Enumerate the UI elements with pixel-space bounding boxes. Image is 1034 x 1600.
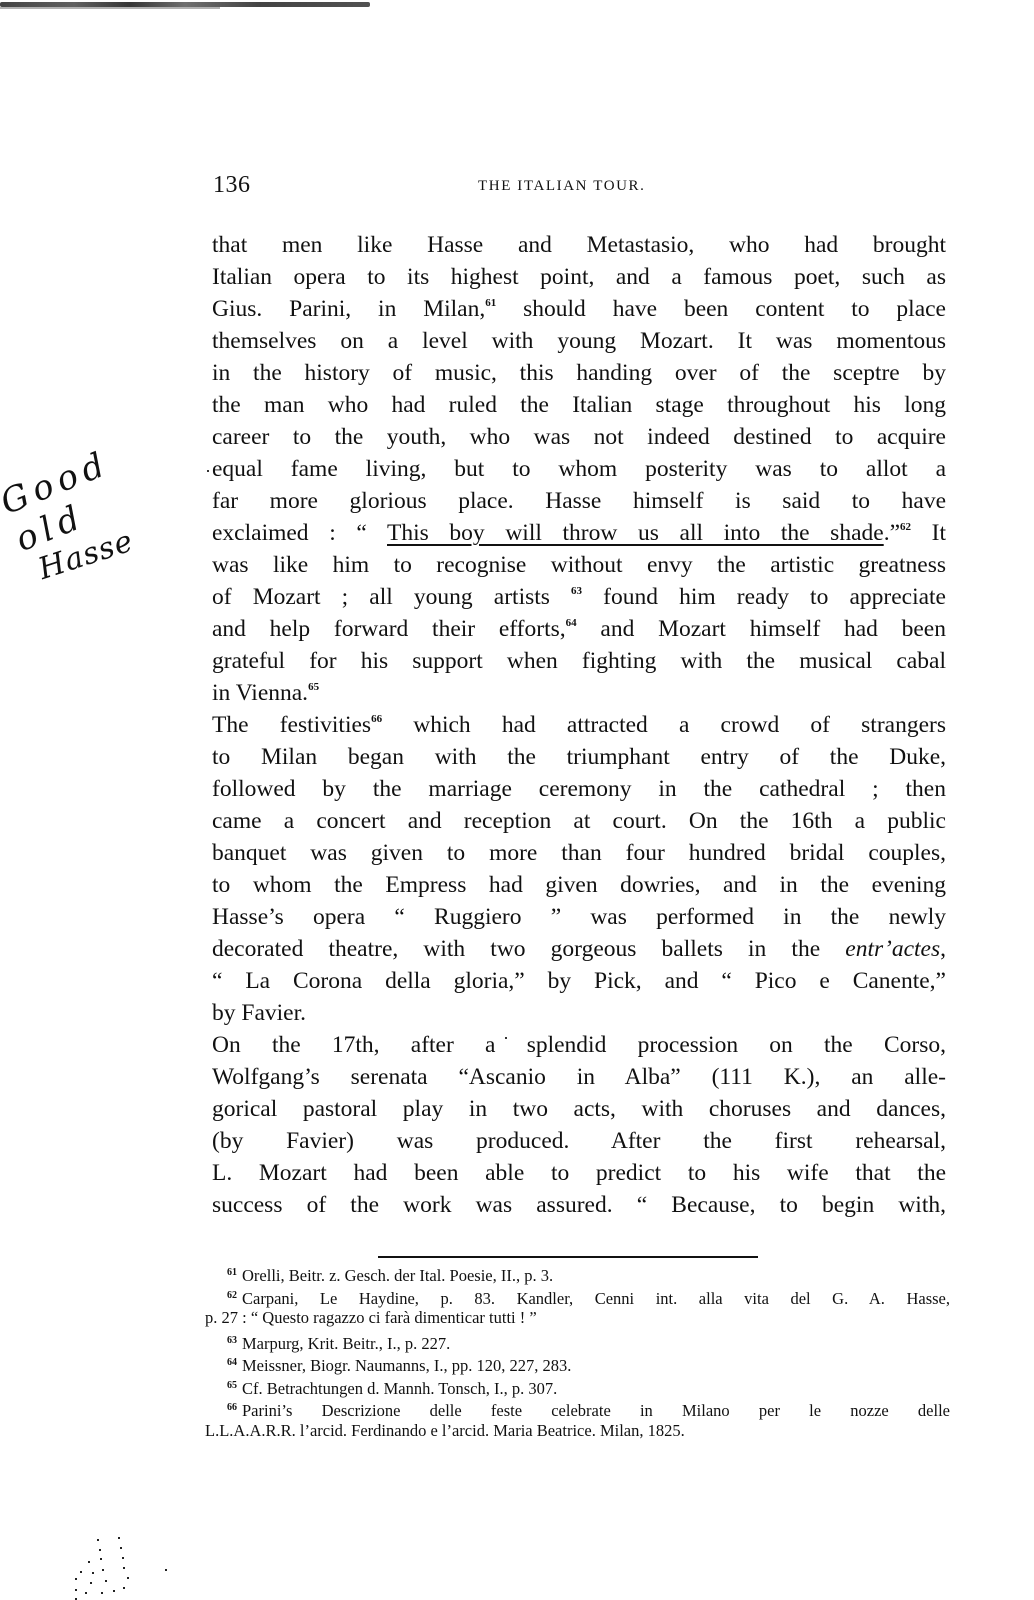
text-line: On the 17th, after a splendid procession… (212, 1029, 946, 1061)
running-head-title: THE ITALIAN TOUR. (478, 178, 646, 195)
text-line: far more glorious place. Hasse himself i… (212, 485, 946, 517)
footnote-number: 62 (227, 1290, 237, 1301)
handwritten-marginalia: Good old Hasse (15, 470, 195, 620)
footnote-ref-66[interactable]: 66 (371, 713, 382, 725)
footnote-separator-rule (378, 1256, 758, 1258)
footnote-ref-63[interactable]: 63 (571, 585, 582, 597)
text-line: followed by the marriage ceremony in the… (212, 773, 946, 805)
footnote-66: 66Parini’s Descrizione delle feste celeb… (205, 1397, 950, 1420)
text-line: The festivities66 which had attracted a … (212, 709, 946, 741)
text-line: success of the work was assured. “ Becau… (212, 1189, 946, 1221)
text-line: banquet was given to more than four hund… (212, 837, 946, 869)
text-line: the man who had ruled the Italian stage … (212, 389, 946, 421)
footnote-62: 62Carpani, Le Haydine, p. 83. Kandler, C… (205, 1285, 950, 1308)
footnote-number: 61 (227, 1267, 237, 1278)
text-line: exclaimed : “ This boy will throw us all… (212, 517, 946, 549)
text-line: decorated theatre, with two gorgeous bal… (212, 933, 946, 965)
footnote-number: 66 (227, 1402, 237, 1413)
text-line: Italian opera to its highest point, and … (212, 261, 946, 293)
footnote-61: 61Orelli, Beitr. z. Gesch. der Ital. Poe… (205, 1262, 950, 1285)
text-line: to whom the Empress had given dowries, a… (212, 869, 946, 901)
text-line: L. Mozart had been able to predict to hi… (212, 1157, 946, 1189)
footnote-number: 64 (227, 1357, 237, 1368)
text-line: was like him to recognise without envy t… (212, 549, 946, 581)
text-line: came a concert and reception at court. O… (212, 805, 946, 837)
footnote-ref-62[interactable]: 62 (900, 521, 911, 533)
footnote-ref-64[interactable]: 64 (566, 617, 577, 629)
underlined-quote: This boy will throw us all into the shad… (387, 520, 884, 546)
scan-speckles (75, 1535, 175, 1600)
scan-edge-artifact-shadow (0, 7, 220, 9)
running-head: 136 THE ITALIAN TOUR. (213, 172, 953, 202)
italic-term: entr’actes (845, 936, 940, 962)
text-line: career to the youth, who was not indeed … (212, 421, 946, 453)
footnote-66-continued: L.L.A.A.R.R. l’arcid. Ferdinando e l’arc… (205, 1420, 950, 1443)
body-text: that men like Hasse and Metastasio, who … (212, 229, 946, 1221)
stray-mark (207, 470, 209, 472)
text-line: gorical pastoral play in two acts, with … (212, 1093, 946, 1125)
text-line: and help forward their efforts,64 and Mo… (212, 613, 946, 645)
text-line: in the history of music, this handing ov… (212, 357, 946, 389)
text-line: Wolfgang’s serenata “Ascanio in Alba” (1… (212, 1061, 946, 1093)
footnote-63: 63Marpurg, Krit. Beitr., I., p. 227. (205, 1330, 950, 1353)
footnotes: 61Orelli, Beitr. z. Gesch. der Ital. Poe… (205, 1262, 950, 1442)
text-line: equal fame living, but to whom posterity… (212, 453, 946, 485)
text-line: of Mozart ; all young artists 63 found h… (212, 581, 946, 613)
text-line: that men like Hasse and Metastasio, who … (212, 229, 946, 261)
footnote-number: 65 (227, 1380, 237, 1391)
text-line: “ La Corona della gloria,” by Pick, and … (212, 965, 946, 997)
text-line: to Milan began with the triumphant entry… (212, 741, 946, 773)
text-line: grateful for his support when fighting w… (212, 645, 946, 677)
text-line: by Favier. (212, 997, 946, 1029)
text-line: themselves on a level with young Mozart.… (212, 325, 946, 357)
text-line: in Vienna.65 (212, 677, 946, 709)
text-line: Gius. Parini, in Milan,61 should have be… (212, 293, 946, 325)
footnote-ref-65[interactable]: 65 (308, 681, 319, 693)
footnote-number: 63 (227, 1335, 237, 1346)
text-line: (by Favier) was produced. After the firs… (212, 1125, 946, 1157)
text-line: Hasse’s opera “ Ruggiero ” was performed… (212, 901, 946, 933)
stray-mark (505, 1037, 507, 1039)
page-number: 136 (213, 172, 251, 199)
footnote-64: 64Meissner, Biogr. Naumanns, I., pp. 120… (205, 1352, 950, 1375)
footnote-62-continued: p. 27 : “ Questo ragazzo ci farà dimenti… (205, 1307, 950, 1330)
footnote-ref-61[interactable]: 61 (485, 297, 496, 309)
footnote-65: 65Cf. Betrachtungen d. Mannh. Tonsch, I.… (205, 1375, 950, 1398)
